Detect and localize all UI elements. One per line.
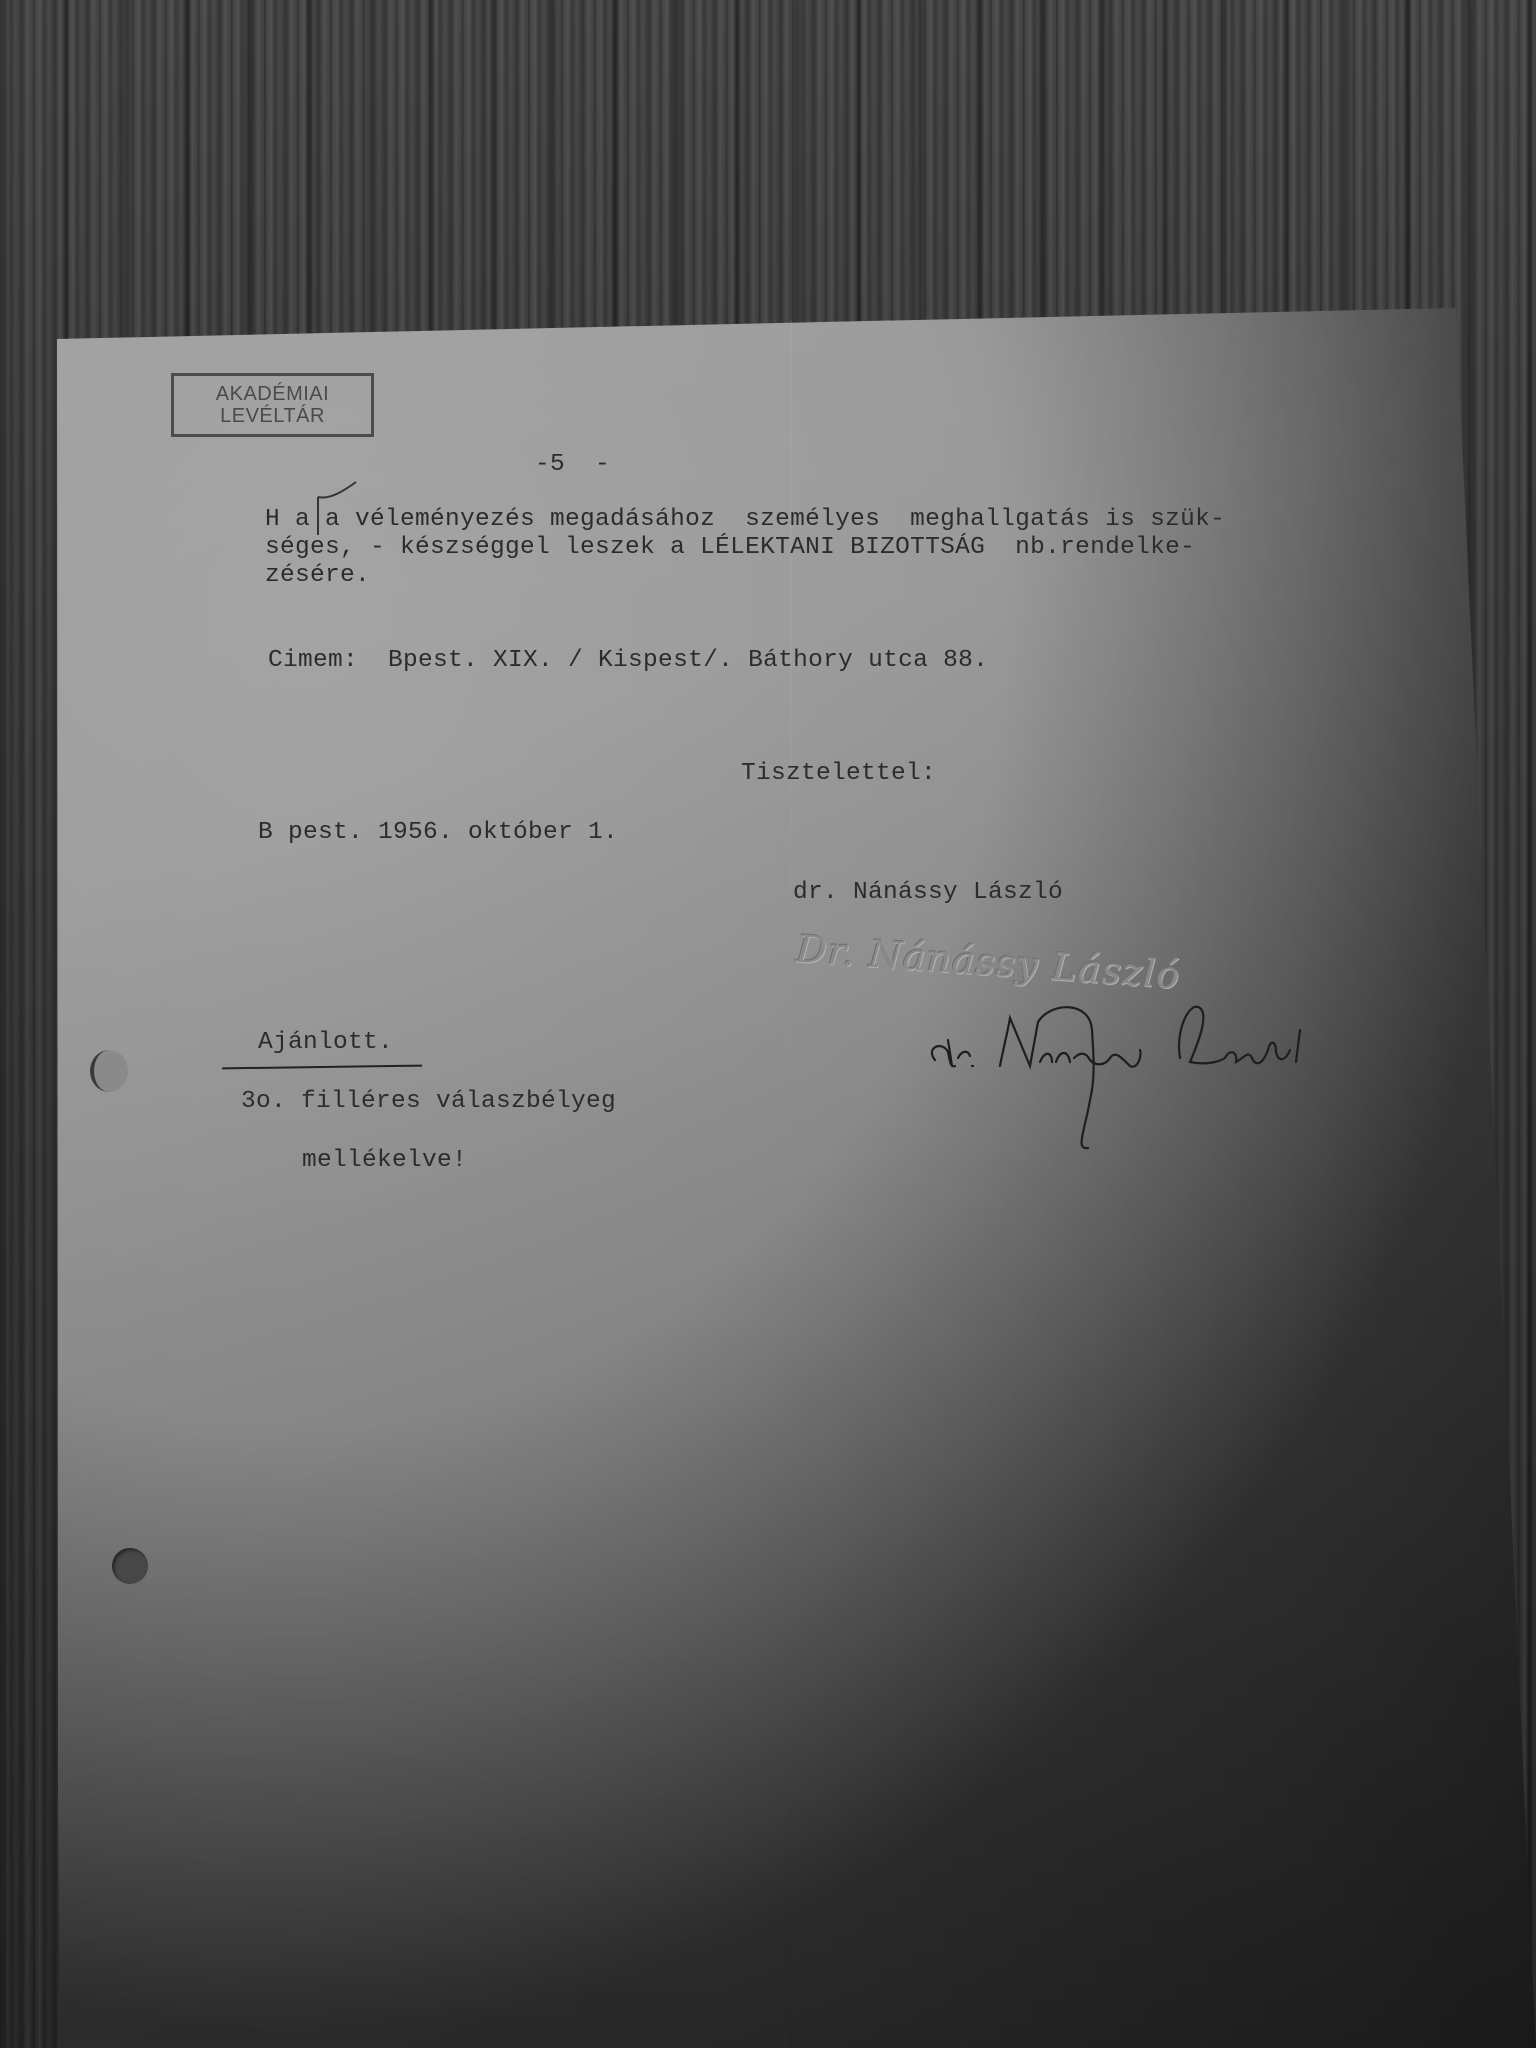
typed-signatory-name: dr. Nánássy László: [793, 878, 1063, 908]
registered-mail-note: Ajánlott.: [258, 1028, 393, 1058]
body-line-1: H a a véleményezés megadásához személyes…: [265, 505, 1225, 535]
reply-stamp-note-line-1: 3o. filléres válaszbélyeg: [241, 1087, 616, 1117]
body-line-3: zésére.: [265, 561, 370, 591]
body-line-2: séges, - készséggel leszek a LÉLEKTANI B…: [265, 533, 1195, 563]
date-line: B pest. 1956. október 1.: [258, 818, 618, 848]
reply-stamp-note-line-2: mellékelve!: [302, 1146, 467, 1176]
address-line: Cimem: Bpest. XIX. / Kispest/. Báthory u…: [268, 646, 988, 676]
closing-salutation: Tisztelettel:: [741, 759, 936, 789]
checkmark-annotation-icon: [0, 0, 1536, 2048]
